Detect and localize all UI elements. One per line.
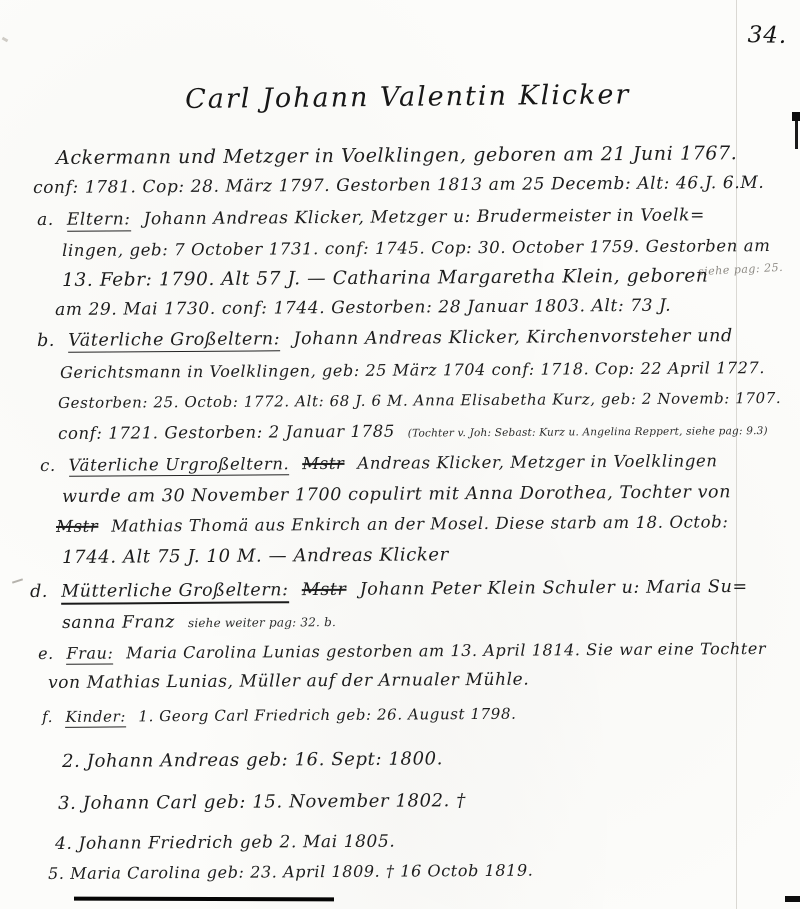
scanned-document-page: 34. Carl Johann Valentin Klicker siehe p… [0,0,800,909]
section-c-heading: Väterliche Urgroßeltern. [69,454,290,477]
margin-note: siehe pag: 25. [698,261,784,278]
section-b-line-1: b. Väterliche Großeltern: Johann Andreas… [37,326,733,351]
section-a-line-1: a. Eltern: Johann Andreas Klicker, Metzg… [37,205,705,230]
section-d-label: d. [30,582,48,602]
child-entry-5: 5. Maria Carolina geb: 23. April 1809. †… [48,861,533,883]
scan-artifact-bottom-right [785,896,800,902]
section-b-inline-note: (Tochter v. Joh: Sebast: Kurz u. Angelin… [408,425,768,440]
section-c-line-3: Mstr Mathias Thomä aus Enkirch an der Mo… [56,512,729,536]
section-a-line-4: am 29. Mai 1730. conf: 1744. Gestorben: … [55,296,671,320]
section-f-label: f. [42,708,53,726]
intro-line-2: conf: 1781. Cop: 28. März 1797. Gestorbe… [33,173,764,198]
scan-artifact-bottom-line [74,897,334,902]
section-f-line-1: f. Kinder: 1. Georg Carl Friedrich geb: … [42,705,516,726]
section-d-heading: Mütterliche Großeltern: [61,580,289,605]
section-e-line-1: e. Frau: Maria Carolina Lunias gestorben… [38,639,766,663]
section-c-struck-abbrev-2: Mstr [56,517,98,536]
scan-speck [12,578,23,583]
section-c-label: c. [40,456,56,475]
section-b-label: b. [37,331,55,351]
section-a-heading: Eltern: [67,209,131,231]
section-f-heading: Kinder: [65,707,126,727]
child-entry-4: 4. Johann Friedrich geb 2. Mai 1805. [55,832,395,854]
section-c-line-2: wurde am 30 November 1700 copulirt mit A… [62,482,731,507]
section-c-struck-abbrev: Mstr [302,454,344,473]
section-a-line-3: 13. Febr: 1790. Alt 57 J. — Catharina Ma… [62,265,708,291]
scan-speck [2,37,9,43]
section-a-line-2: lingen, geb: 7 October 1731. conf: 1745.… [62,236,770,260]
section-d-struck-abbrev: Mstr [302,580,347,600]
section-e-line-2: von Mathias Lunias, Müller auf der Arnua… [48,670,529,693]
section-b-line-3: Gestorben: 25. Octob: 1772. Alt: 68 J. 6… [58,389,781,412]
section-d-line-2: sanna Franz siehe weiter pag: 32. b. [62,611,336,633]
section-b-heading: Väterliche Großeltern: [68,329,280,352]
margin-rule-line [736,0,737,909]
section-c-line-4: 1744. Alt 75 J. 10 M. — Andreas Klicker [62,544,449,568]
section-b-line-4: conf: 1721. Gestorben: 2 Januar 1785 (To… [58,419,768,443]
child-entry-2: 2. Johann Andreas geb: 16. Sept: 1800. [62,748,443,772]
section-e-label: e. [38,644,54,663]
page-title: Carl Johann Valentin Klicker [185,79,631,115]
scan-artifact-right-edge [792,112,800,121]
section-d-inline-note: siehe weiter pag: 32. b. [188,615,336,630]
scan-artifact-right-edge [795,121,798,149]
section-c-line-1: c. Väterliche Urgroßeltern. Mstr Andreas… [40,451,718,475]
section-b-line-2: Gerichtsmann in Voelklingen, geb: 25 Mär… [60,358,765,382]
intro-line-1: Ackermann und Metzger in Voelklingen, ge… [56,142,737,169]
page-number: 34. [747,22,787,49]
child-entry-3: 3. Johann Carl geb: 15. November 1802. † [58,790,466,814]
section-a-label: a. [37,210,54,230]
section-d-line-1: d. Mütterliche Großeltern: Mstr Johann P… [30,577,748,602]
section-e-heading: Frau: [66,643,113,664]
